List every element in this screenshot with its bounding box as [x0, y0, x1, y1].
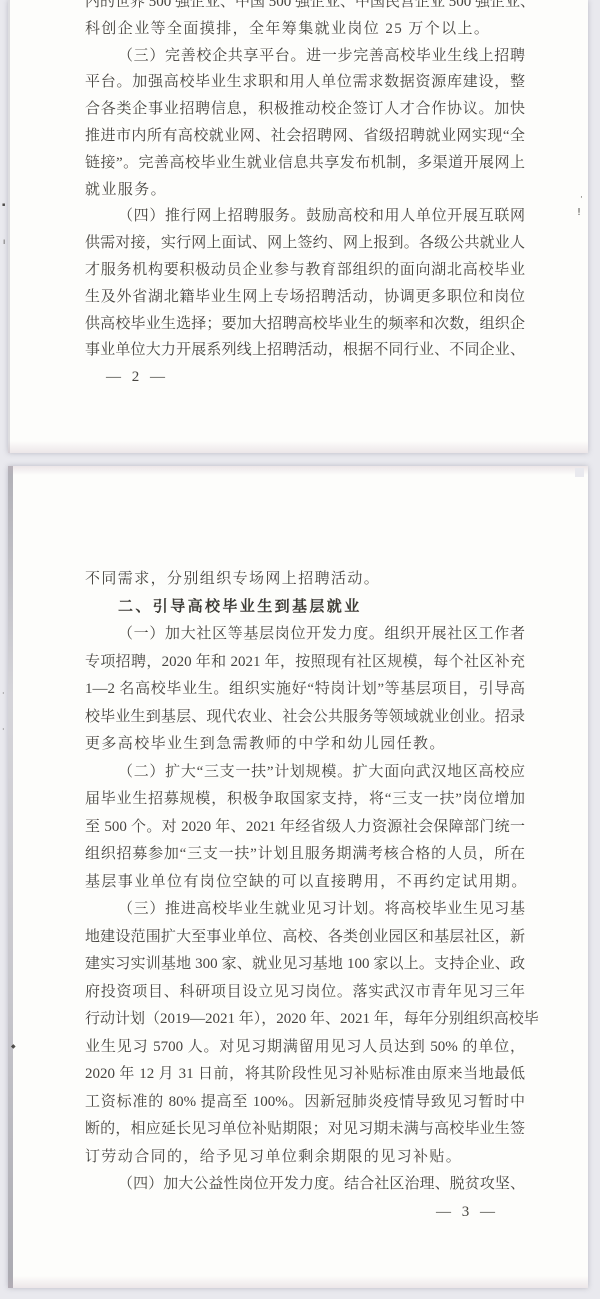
- text-line: （三）推进高校毕业生就业见习计划。将高校毕业生见习基: [85, 896, 525, 924]
- page-3-text-block: 不同需求，分别组织专场网上招聘活动。二、引导高校毕业生到基层就业（一）加大社区等…: [85, 566, 525, 1226]
- text-line: 业生见习 5700 人。对见习期满留用见习人员达到 50% 的单位，: [85, 1034, 525, 1062]
- text-line: 1—2 名高校毕业生。组织实施好“特岗计划”等基层项目，引导高: [85, 676, 525, 704]
- text-line: 内的世界 500 强企业、中国 500 强企业、中国民营企业 500 强企业、: [85, 0, 525, 16]
- scan-artifact: ◆: [11, 1044, 16, 1050]
- text-line: 科创企业等全面摸排，全年筹集就业岗位 25 万个以上。: [85, 16, 525, 43]
- text-line: 工资标准的 80% 提高至 100%。因新冠肺炎疫情导致见习暂时中: [85, 1089, 525, 1117]
- scan-artifact: ·: [580, 194, 583, 203]
- text-line: 府投资项目、科研项目设立见习岗位。落实武汉市青年见习三年: [85, 979, 525, 1007]
- text-line: （二）扩大“三支一扶”计划规模。扩大面向武汉地区高校应: [85, 759, 525, 787]
- scan-smudge: [8, 441, 588, 453]
- page-number: — 2 —: [85, 364, 525, 391]
- page-edge-shadow: [8, 0, 10, 453]
- text-line: 才服务机构要积极动员企业参与教育部组织的面向湖北高校毕业: [85, 257, 525, 284]
- scan-smudge: [8, 1276, 588, 1288]
- text-line: 就业服务。: [85, 177, 525, 204]
- scan-artifact: !: [577, 208, 581, 218]
- page-corner-notch: [575, 468, 584, 477]
- text-line: 组织招募参加“三支一扶”计划且服务期满考核合格的人员，所在: [85, 841, 525, 869]
- text-line: 更多高校毕业生到急需教师的中学和幼儿园任教。: [85, 731, 525, 759]
- scanned-page-2: 内的世界 500 强企业、中国 500 强企业、中国民营企业 500 强企业、科…: [8, 0, 588, 453]
- text-line: 推进市内所有高校就业网、社会招聘网、省级招聘就业网实现“全: [85, 123, 525, 150]
- text-line: （一）加大社区等基层岗位开发力度。组织开展社区工作者: [85, 621, 525, 649]
- document-viewer: { "canvas": { "background": "#e9e9ee" },…: [0, 0, 600, 1299]
- page-number: — 3 —: [85, 1199, 525, 1227]
- text-line: 至 500 个。对 2020 年、2021 年经省级人力资源社会保障部门统一: [85, 814, 525, 842]
- page-2-text-block: 内的世界 500 强企业、中国 500 强企业、中国民营企业 500 强企业、科…: [85, 0, 525, 391]
- text-line: 不同需求，分别组织专场网上招聘活动。: [85, 566, 525, 594]
- text-line: 地建设范围扩大至事业单位、高校、各类创业园区和基层社区，新: [85, 924, 525, 952]
- text-line: （四）加大公益性岗位开发力度。结合社区治理、脱贫攻坚、: [85, 1171, 525, 1199]
- text-line: 平台。加强高校毕业生求职和用人单位需求数据资源库建设，整: [85, 69, 525, 96]
- scan-artifact: ·: [2, 726, 5, 734]
- text-line: 事业单位大力开展系列线上招聘活动，根据不同行业、不同企业、: [85, 337, 525, 364]
- text-line: 行动计划（2019—2021 年），2020 年、2021 年，每年分别组织高校…: [85, 1006, 525, 1034]
- text-line: （三）完善校企共享平台。进一步完善高校毕业生线上招聘: [85, 43, 525, 70]
- scanned-page-3: 不同需求，分别组织专场网上招聘活动。二、引导高校毕业生到基层就业（一）加大社区等…: [8, 466, 588, 1288]
- text-line: 供高校毕业生选择；要加大招聘高校毕业生的频率和次数，组织企: [85, 311, 525, 338]
- scan-artifact: ·: [2, 690, 5, 698]
- text-line: 供需对接，实行网上面试、网上签约、网上报到。各级公共就业人: [85, 230, 525, 257]
- text-line: 校毕业生到基层、现代农业、社会公共服务等领域就业创业。招录: [85, 704, 525, 732]
- scan-artifact: ı: [3, 238, 5, 246]
- text-line: （四）推行网上招聘服务。鼓励高校和用人单位开展互联网: [85, 203, 525, 230]
- text-line: 断的，相应延长见习单位补贴期限；对见习期未满与高校毕业生签: [85, 1116, 525, 1144]
- text-line: 2020 年 12 月 31 日前，将其阶段性见习补贴标准由原来当地最低: [85, 1061, 525, 1089]
- text-line: 建实习实训基地 300 家、就业见习基地 100 家以上。支持企业、政: [85, 951, 525, 979]
- text-line: 生及外省湖北籍毕业生网上专场招聘活动，协调更多职位和岗位: [85, 284, 525, 311]
- scan-smudge: [8, 466, 588, 475]
- text-line: 订劳动合同的，给予见习单位剩余期限的见习补贴。: [85, 1144, 525, 1172]
- text-line: 届毕业生招募规模，积极争取国家支持，将“三支一扶”岗位增加: [85, 786, 525, 814]
- section-heading: 二、引导高校毕业生到基层就业: [85, 594, 525, 622]
- text-line: 专项招聘，2020 年和 2021 年，按照现有社区规模，每个社区补充: [85, 649, 525, 677]
- scan-artifact: ▪: [2, 203, 5, 208]
- text-line: 合各类企事业招聘信息，积极推动校企签订人才合作协议。加快: [85, 96, 525, 123]
- page-edge-shadow: [8, 466, 13, 1288]
- text-line: 链接”。完善高校毕业生就业信息共享发布机制，多渠道开展网上: [85, 150, 525, 177]
- text-line: 基层事业单位有岗位空缺的可以直接聘用，不再约定试用期。: [85, 869, 525, 897]
